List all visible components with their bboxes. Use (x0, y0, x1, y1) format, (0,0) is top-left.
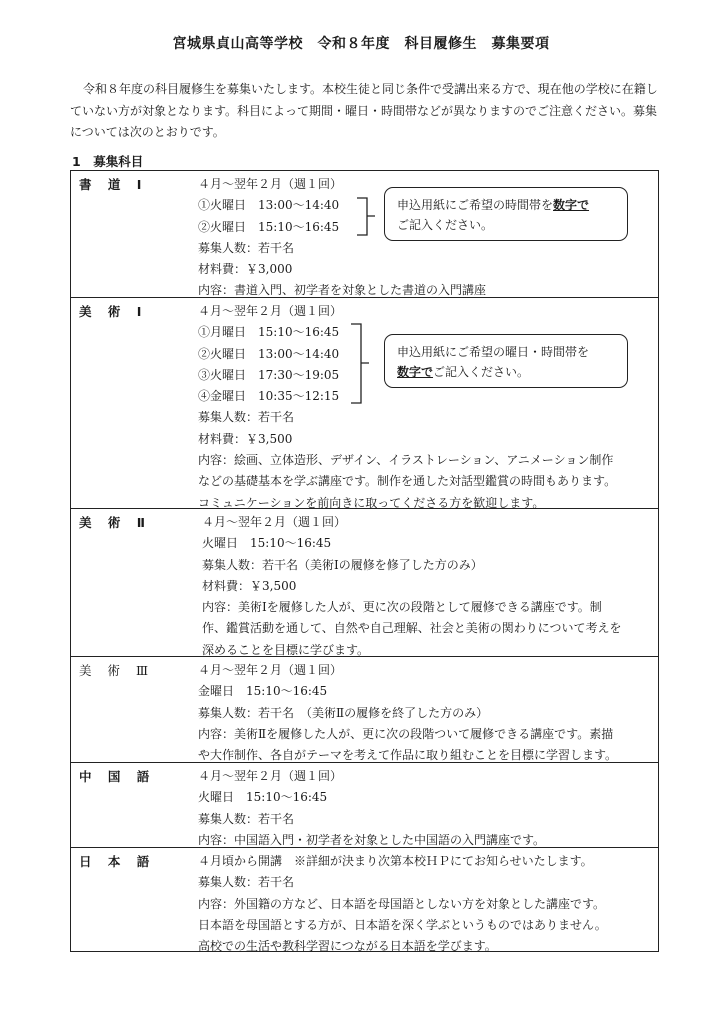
material-fee-line: 材料費：￥3,500 (198, 429, 654, 450)
course-row-chinese: 中 国 語 ４月～翌年２月（週１回） 火曜日 15:10～16:45 募集人数：… (71, 763, 658, 848)
capacity-line: 募集人数：若干名 (198, 872, 654, 893)
course-row-bijutsu-2: 美 術 Ⅱ ４月～翌年２月（週１回） 火曜日 15:10～16:45 募集人数：… (71, 509, 658, 657)
schedule-line: 金曜日 15:10～16:45 (198, 681, 654, 702)
emphasis-text: 数字で (553, 198, 589, 212)
capacity-line: 募集人数：若干名（美術Ⅰの履修を修了した方のみ） (202, 555, 654, 576)
course-details: ４月～翌年２月（週１回） 金曜日 15:10～16:45 募集人数：若干名 （美… (198, 660, 654, 766)
course-row-shodo-1: 書 道 Ⅰ ４月～翌年２月（週１回） ①火曜日 13:00～14:40 ②火曜日… (71, 171, 658, 298)
schedule-line: 火曜日 15:10～16:45 (198, 787, 654, 808)
material-fee-line: 材料費：￥3,500 (202, 576, 654, 597)
period-line: ４月頃から開講 ※詳細が決まり次第本校ＨＰにてお知らせいたします。 (198, 851, 654, 872)
course-details: ４月頃から開講 ※詳細が決まり次第本校ＨＰにてお知らせいたします。 募集人数：若… (198, 851, 654, 957)
capacity-line: 募集人数：若干名 (198, 407, 654, 428)
section-heading: 1 募集科目 (72, 152, 143, 170)
content-line: 高校での生活や教科学習につながる日本語を学びます。 (198, 936, 654, 957)
period-line: ４月～翌年２月（週１回） (198, 766, 654, 787)
content-line: 内容：美術Ⅰを履修した人が、更に次の段階として履修できる講座です。制 (202, 597, 654, 618)
schedule-line: 火曜日 15:10～16:45 (202, 533, 654, 554)
course-row-japanese: 日 本 語 ４月頃から開講 ※詳細が決まり次第本校ＨＰにてお知らせいたします。 … (71, 848, 658, 953)
content-line: 内容：外国籍の方など、日本語を母国語としない方を対象とした講座です。 (198, 894, 654, 915)
content-line: などの基礎基本を学ぶ講座です。制作を通した対話型鑑賞の時間もあります。 (198, 471, 654, 492)
capacity-line: 募集人数：若干名 (198, 238, 654, 259)
content-line: 内容：美術Ⅱを履修した人が、更に次の段階ついて履修できる講座です。素描 (198, 724, 654, 745)
subject-label: 美 術 Ⅲ (79, 661, 154, 679)
material-fee-line: 材料費：￥3,000 (198, 259, 654, 280)
capacity-line: 募集人数：若干名 (198, 809, 654, 830)
schedule-option-4: ④金曜日 10:35～12:15 (198, 386, 654, 407)
subject-label: 美 術 Ⅱ (79, 513, 151, 531)
emphasis-text: 数字で (397, 365, 433, 379)
subject-label: 美 術 Ⅰ (79, 302, 147, 320)
course-row-bijutsu-1: 美 術 Ⅰ ４月～翌年２月（週１回） ①月曜日 15:10～16:45 ②火曜日… (71, 298, 658, 509)
content-line: 作、鑑賞活動を通して、自然や自己理解、社会と美術の関わりについて考えを (202, 618, 654, 639)
intro-paragraph: 令和８年度の科目履修生を募集いたします。本校生徒と同じ条件で受講出来る方で、現在… (70, 79, 665, 144)
period-line: ４月～翌年２月（週１回） (198, 301, 654, 322)
subject-label: 日 本 語 (79, 852, 155, 870)
course-details: ４月～翌年２月（週１回） ①月曜日 15:10～16:45 ②火曜日 13:00… (198, 301, 654, 514)
subject-label: 書 道 Ⅰ (79, 175, 147, 193)
course-details: ４月～翌年２月（週１回） 火曜日 15:10～16:45 募集人数：若干名（美術… (202, 512, 654, 661)
right-brace-icon (355, 197, 379, 237)
capacity-line: 募集人数：若干名 （美術Ⅱの履修を終了した方のみ） (198, 703, 654, 724)
content-line: 内容：絵画、立体造形、デザイン、イラストレーション、アニメーション制作 (198, 450, 654, 471)
document-title: 宮城県貞山高等学校 令和８年度 科目履修生 募集要項 (0, 33, 722, 53)
course-row-bijutsu-3: 美 術 Ⅲ ４月～翌年２月（週１回） 金曜日 15:10～16:45 募集人数：… (71, 657, 658, 763)
course-details: ４月～翌年２月（週１回） 火曜日 15:10～16:45 募集人数：若干名 内容… (198, 766, 654, 851)
subject-label: 中 国 語 (79, 767, 155, 785)
period-line: ４月～翌年２月（週１回） (198, 660, 654, 681)
period-line: ４月～翌年２月（週１回） (202, 512, 654, 533)
instruction-note: 申込用紙にご希望の曜日・時間帯を数字でご記入ください。 (384, 334, 628, 388)
right-brace-icon (349, 323, 373, 405)
instruction-note: 申込用紙にご希望の時間帯を数字でご記入ください。 (384, 187, 628, 241)
course-table: 書 道 Ⅰ ４月～翌年２月（週１回） ①火曜日 13:00～14:40 ②火曜日… (70, 170, 659, 952)
content-line: 日本語を母国語とする方が、日本語を深く学ぶというものではありません。 (198, 915, 654, 936)
